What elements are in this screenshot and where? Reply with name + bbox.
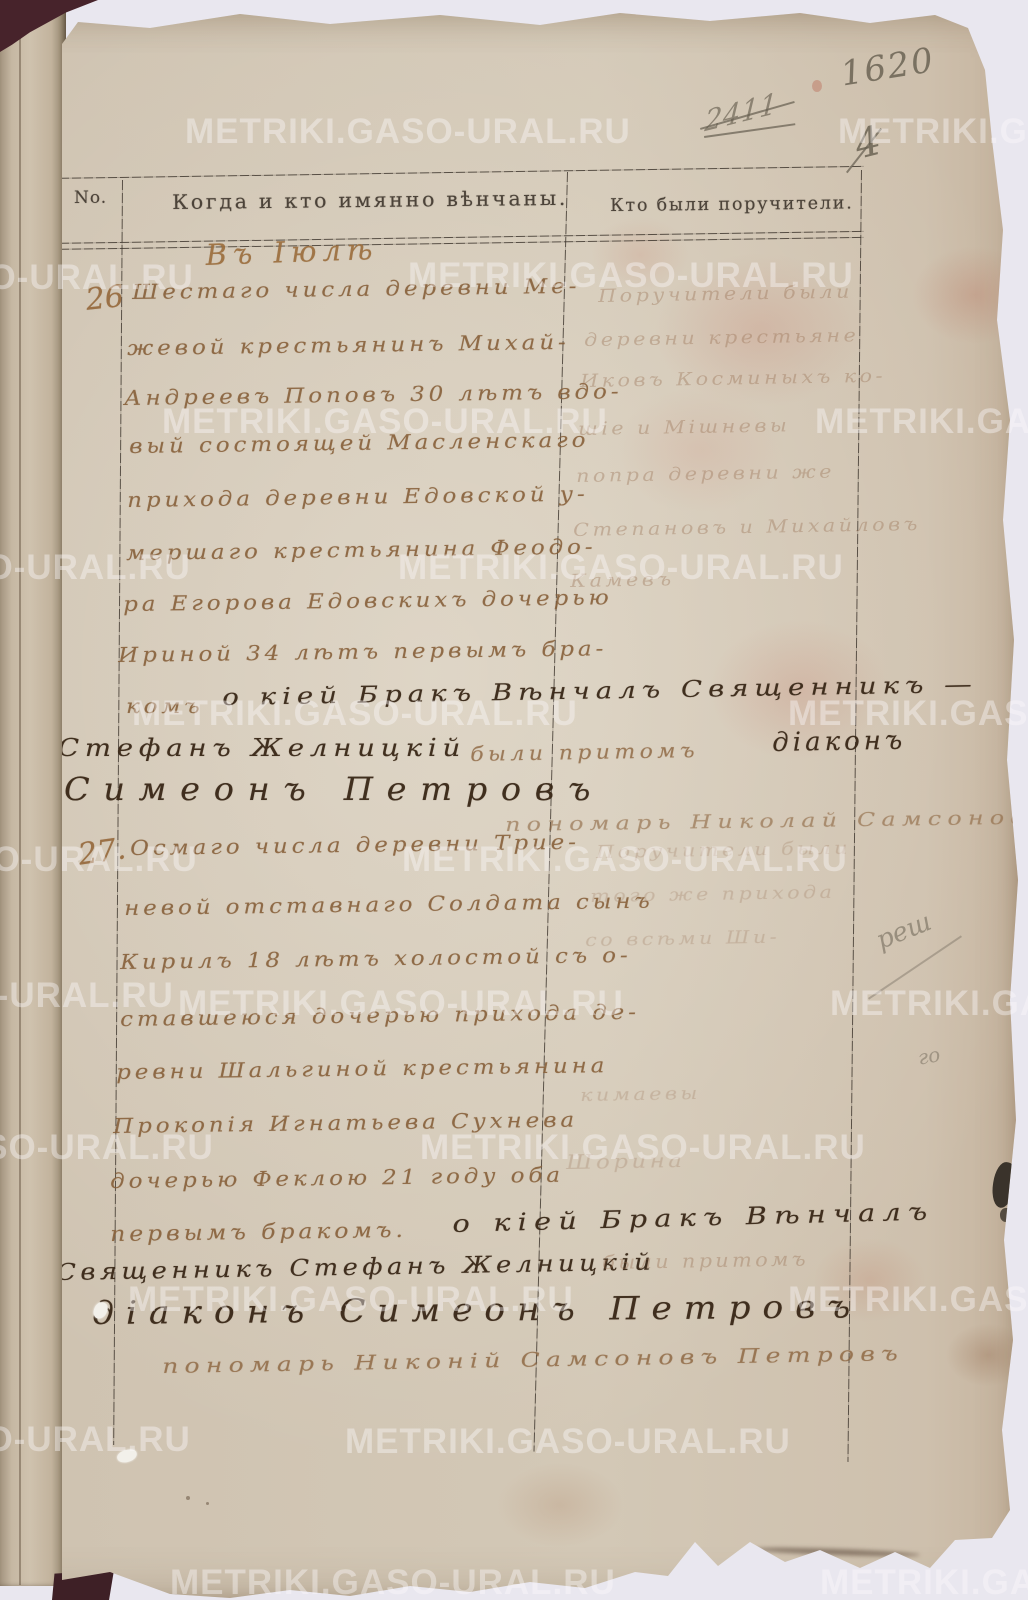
record-line: Ириной 34 лѣтъ первымъ бра- (118, 636, 607, 667)
header-wedding-column: Когда и кто имянно вѣнчаны. (172, 186, 568, 214)
record-line: мершаго крестьянина Феодо- (126, 534, 597, 565)
record-line: жевой крестьянинъ Михай- (127, 330, 570, 360)
previous-page-edge (0, 4, 66, 1586)
table-top-border (48, 166, 864, 179)
witness-line: шіе и Мішневы (578, 415, 790, 440)
dust-speck (206, 1502, 209, 1505)
witness-line: Камевъ (570, 569, 675, 592)
deacon-name: діаконъ Симеонъ Петровъ (92, 1287, 862, 1332)
record-line: комъ (126, 694, 204, 718)
header-underline-2 (48, 237, 864, 250)
record-line: прихода деревни Едовской у- (127, 482, 589, 512)
witness-line: со всѣми Ши- (585, 927, 780, 951)
witness-line: Степановъ и Михайловъ (573, 514, 921, 541)
witness-line: Поручители были (598, 282, 853, 307)
ponomar-line: пономарь Никоній Самсоновъ Петровъ (162, 1341, 904, 1378)
ink-blot (990, 1161, 1018, 1210)
pencil-note-resh: реш (872, 907, 936, 956)
record-line: невой отставнаго Солдата сынъ (124, 889, 654, 920)
clergy-line: о кіей Бракъ Вѣнчалъ (452, 1197, 935, 1238)
record-line: Кирилъ 18 лѣтъ холостой съ о- (120, 943, 632, 974)
ponomar-line: пономарь Николай Самсоновъ (505, 806, 1028, 836)
dust-speck (186, 1496, 190, 1500)
scanned-register-page: No. Когда и кто имянно вѣнчаны. Кто были… (0, 0, 1028, 1600)
witness-line: попра деревни же (576, 461, 835, 487)
record-line: дочерью Феклою 21 году оба (110, 1163, 564, 1193)
priest-name: Стефанъ Желницкій (58, 734, 466, 762)
clergy-line: были притомъ (470, 738, 699, 766)
witness-line: того же прихода (590, 882, 836, 907)
document-page: No. Когда и кто имянно вѣнчаны. Кто были… (0, 0, 1028, 1600)
torn-edge-shadow (752, 1546, 920, 1558)
witness-line: кимаевы (580, 1083, 701, 1106)
record-line: первымъ бракомъ. (110, 1218, 407, 1246)
pencil-note-go: го (916, 1042, 942, 1069)
page-crease (19, 0, 21, 1585)
deacon-name: Симеонъ Петровъ (64, 770, 604, 808)
record-line: Шестаго числа деревни Ме- (132, 274, 581, 304)
witness-line: деревни крестьяне (584, 325, 859, 351)
clergy-line: были притомъ (602, 1248, 809, 1274)
witness-line: Иковъ Косминыхъ ко- (580, 366, 886, 392)
record-line: ра Егорова Едовскихъ дочерью (123, 585, 613, 616)
red-stain-dot (812, 80, 822, 92)
watermark-text: METRIKI.GASO-URAL.RU (820, 1563, 1028, 1600)
witness-line: Шорина (566, 1148, 686, 1174)
page-number-pencil: 1620 (838, 40, 938, 94)
record-line: ставшеюся дочерью прихода де- (120, 1000, 640, 1031)
record-line: Андреевъ Поповъ 30 лѣтъ вдо- (124, 379, 623, 410)
priest-name: Священникъ Стефанъ Желницкій (56, 1250, 655, 1286)
record-line: Осмаго числа деревни Трие- (130, 830, 580, 860)
number-column-divider (113, 180, 123, 1445)
month-heading: Въ Іюлѣ (205, 232, 379, 272)
clergy-line: о кіей Бракъ Вѣнчалъ Священникъ — (222, 672, 978, 711)
record-line: вый состоящей Масленскаго (129, 428, 590, 458)
record-line: ревни Шальгиной крестьянина (116, 1053, 608, 1084)
damage-fleck (116, 1448, 138, 1464)
header-witness-column: Кто были поручители. (610, 193, 854, 216)
entry-number: 26 (84, 279, 126, 318)
witness-line: Поручители были (596, 838, 851, 863)
deacon-title: діаконъ (772, 726, 906, 758)
ink-blot (1000, 1208, 1012, 1222)
entry-number: 27. (76, 831, 128, 872)
header-no: No. (74, 188, 107, 208)
record-line: Прокопія Игнатьева Сухнева (113, 1108, 578, 1138)
